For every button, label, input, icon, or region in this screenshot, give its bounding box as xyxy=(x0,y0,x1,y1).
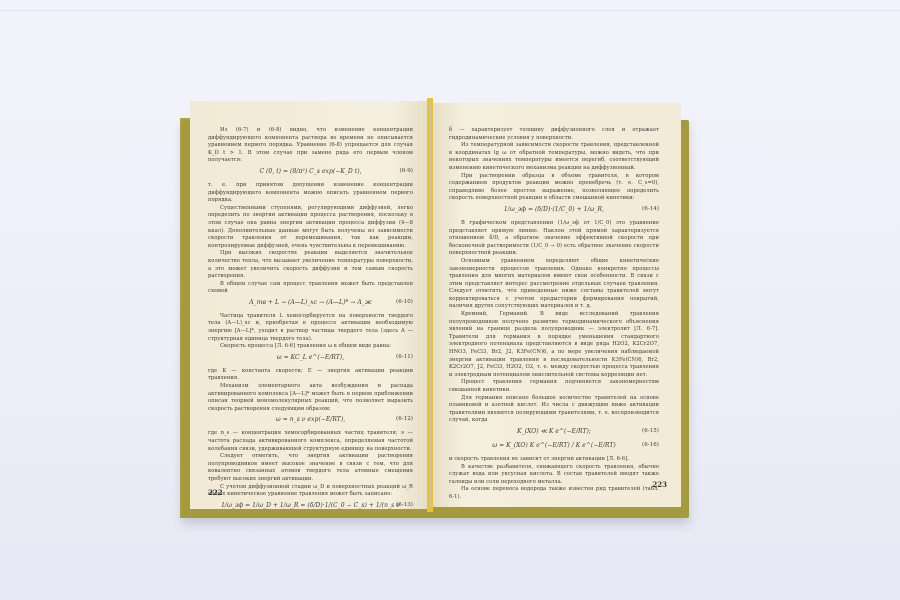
right-page-text: δ — характеризует толщину диффузионного … xyxy=(449,127,659,502)
paragraph: Кремний, Германий. В виде исследований т… xyxy=(449,311,659,379)
paragraph: Скорость процесса [Л. 6-6] травления ω в… xyxy=(208,343,413,351)
page-number: 222 xyxy=(208,488,223,497)
formula-expression: ω = KC_L e^(−E/RT), xyxy=(277,354,345,361)
background-horizon-line xyxy=(0,10,900,11)
formula-expression: ω = K_(ХО) K e^(−E/RT) / K e^(−E/RT) xyxy=(492,442,616,449)
right-page: δ — характеризует толщину диффузионного … xyxy=(431,103,681,507)
paragraph: В качестве разбавителя, снижающего скоро… xyxy=(449,464,659,487)
formula-number: (6-15) xyxy=(642,428,659,436)
paragraph: где K — константа скорости; E — энергия … xyxy=(208,368,413,383)
paragraph: Механизм элементарного акта возбуждения … xyxy=(208,383,413,413)
formula-number: (6-10) xyxy=(396,299,413,307)
formula-expression: K_(ХО) ≪ K e^(−E/RT); xyxy=(517,428,591,435)
paragraph: При высоких скоростях реакции выделяется… xyxy=(208,250,413,280)
formula-number: (6-9) xyxy=(400,168,413,176)
formula: ω = K_(ХО) K e^(−E/RT) / K e^(−E/RT)(6-1… xyxy=(449,442,659,453)
paragraph: где n_s — концентрация хемосорбированных… xyxy=(208,430,413,453)
formula-number: (6-16) xyxy=(642,442,659,450)
formula: ω = KC_L e^(−E/RT),(6-11) xyxy=(208,354,413,365)
paragraph: т. е. при принятом допущении изменение к… xyxy=(208,182,413,205)
paragraph: Из температурной зависимости скорости тр… xyxy=(449,142,659,172)
formula: 1/ω_эф = 1/ω_D + 1/ω_R = (δ/D)·1/(C_0 − … xyxy=(208,502,413,509)
formula: ω = n_s ν exp(−E/RT),(6-12) xyxy=(208,416,413,427)
paragraph: Из (6-7) и (6-8) видно, что изменение ко… xyxy=(208,127,413,165)
paragraph: и скорость травления не зависит от энерг… xyxy=(449,456,659,464)
formula: 1/ω_эф = (δ/D)·(1/C_0) + 1/ω_R,(6-14) xyxy=(449,206,659,217)
left-page-text: Из (6-7) и (6-8) видно, что изменение ко… xyxy=(208,127,413,509)
formula: K_(ХО) ≪ K e^(−E/RT);(6-15) xyxy=(449,428,659,439)
formula-expression: 1/ω_эф = 1/ω_D + 1/ω_R = (δ/D)·1/(C_0 − … xyxy=(221,502,400,509)
paragraph: Процесс травления германия подчиняется з… xyxy=(449,379,659,394)
formula-expression: A_тв + L → (A—L)_хс → (A—L)* → A_ж xyxy=(249,299,371,306)
formula-number: (6-13) xyxy=(396,502,413,509)
formula-number: (6-14) xyxy=(642,206,659,214)
paragraph: Для германия описано большое количество … xyxy=(449,395,659,425)
formula: C (0, t) = (8/π²) C_s exp(−K_D t),(6-9) xyxy=(208,168,413,179)
paragraph: Существенными ступенями, регулирующими д… xyxy=(208,205,413,251)
formula-number: (6-11) xyxy=(396,354,413,362)
paragraph: На основе переноса водорода также извест… xyxy=(449,486,659,501)
formula-expression: C (0, t) = (8/π²) C_s exp(−K_D t), xyxy=(259,168,361,175)
formula-number: (6-12) xyxy=(396,416,413,424)
paragraph: δ — характеризует толщину диффузионного … xyxy=(449,127,659,142)
formula: A_тв + L → (A—L)_хс → (A—L)* → A_ж(6-10) xyxy=(208,299,413,310)
book-gutter xyxy=(429,101,431,507)
paragraph: При растворении образца в объеме травите… xyxy=(449,173,659,203)
left-page: Из (6-7) и (6-8) видно, что изменение ко… xyxy=(190,101,428,509)
paragraph: С учетом диффузионной стадии ω_D и повер… xyxy=(208,484,413,499)
paragraph: В графическом представлении (1/ω_эф от 1… xyxy=(449,220,659,258)
paragraph: Основным уравнением определяют общие кин… xyxy=(449,258,659,311)
page-number: 223 xyxy=(652,480,667,489)
formula-expression: ω = n_s ν exp(−E/RT), xyxy=(276,416,345,423)
formula-expression: 1/ω_эф = (δ/D)·(1/C_0) + 1/ω_R, xyxy=(504,206,604,213)
paragraph: Следует отметить, что энергия активации … xyxy=(208,453,413,483)
paragraph: Частица травителя L хемосорбируется на п… xyxy=(208,313,413,343)
paragraph: В общем случае сам процесс травления мож… xyxy=(208,281,413,296)
